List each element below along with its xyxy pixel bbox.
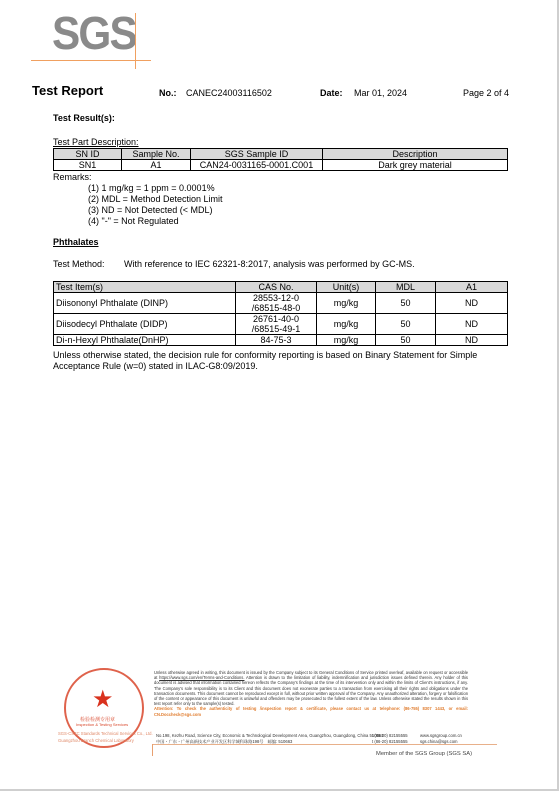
sgs-sample-id-cell: CAN24-0031165-0001.C001 xyxy=(191,160,323,171)
test-item-cell: Di-n-Hexyl Phthalate(DnHP) xyxy=(54,335,236,346)
page-number: Page 2 of 4 xyxy=(463,88,509,98)
test-part-table: SN ID Sample No. SGS Sample ID Descripti… xyxy=(53,148,508,171)
test-method-label: Test Method: xyxy=(53,259,105,270)
sn-id-cell: SN1 xyxy=(54,160,122,171)
report-date: Mar 01, 2024 xyxy=(354,88,407,98)
address-en: No.198, Kezhu Road, Science City, Econom… xyxy=(156,733,384,738)
table-row: Diisononyl Phthalate (DINP) 28553-12-0 /… xyxy=(54,293,508,314)
logo-vertical-rule xyxy=(135,13,136,69)
mdl-cell: 50 xyxy=(376,293,436,314)
result-cell: ND xyxy=(436,335,508,346)
column-header: MDL xyxy=(376,282,436,293)
unit-cell: mg/kg xyxy=(317,335,376,346)
stamp-lab-name: Guangzhou Branch Chemical Laboratory xyxy=(58,738,134,743)
remark-item: (2) MDL = Method Detection Limit xyxy=(88,194,222,205)
test-results-heading: Test Result(s): xyxy=(53,113,115,123)
remarks-heading: Remarks: xyxy=(53,172,92,183)
column-header: Description xyxy=(323,149,508,160)
unit-cell: mg/kg xyxy=(317,314,376,335)
column-header: Sample No. xyxy=(122,149,191,160)
email: sgs.china@sgs.com xyxy=(420,739,458,744)
table-header-row: Test Item(s) CAS No. Unit(s) MDL A1 xyxy=(54,282,508,293)
remark-item: (1) 1 mg/kg = 1 ppm = 0.0001% xyxy=(88,183,215,194)
column-header: CAS No. xyxy=(236,282,317,293)
footer-vertical-rule xyxy=(152,744,153,756)
test-part-description-heading: Test Part Description: xyxy=(53,137,139,148)
mdl-cell: 50 xyxy=(376,314,436,335)
column-header: Test Item(s) xyxy=(54,282,236,293)
mdl-cell: 50 xyxy=(376,335,436,346)
test-item-cell: Diisononyl Phthalate (DINP) xyxy=(54,293,236,314)
legal-disclaimer: Unless otherwise agreed in writing, this… xyxy=(154,670,468,717)
website: www.sgsgroup.com.cn xyxy=(420,733,462,738)
sgs-logo: SGS xyxy=(52,10,136,56)
authenticity-notice: Attention: To check the authenticity of … xyxy=(154,706,468,716)
cas-no-cell: 26761-40-0 /68515-49-1 xyxy=(236,314,317,335)
cas-no-cell: 84-75-3 xyxy=(236,335,317,346)
test-item-cell: Diisodecyl Phthalate (DIDP) xyxy=(54,314,236,335)
table-row: Di-n-Hexyl Phthalate(DnHP) 84-75-3 mg/kg… xyxy=(54,335,508,346)
logo-horizontal-rule xyxy=(31,60,151,61)
table-header-row: SN ID Sample No. SGS Sample ID Descripti… xyxy=(54,149,508,160)
cas-number: /68515-48-0 xyxy=(238,303,314,313)
cas-number: 28553-12-0 xyxy=(238,293,314,303)
result-cell: ND xyxy=(436,293,508,314)
stamp-en-text: Inspection & Testing Services xyxy=(76,722,128,727)
decision-rule-line-1: Unless otherwise stated, the decision ru… xyxy=(53,350,513,361)
column-header: A1 xyxy=(436,282,508,293)
report-no-label: No.: xyxy=(159,88,177,98)
phthalates-table: Test Item(s) CAS No. Unit(s) MDL A1 Diis… xyxy=(53,281,508,346)
star-icon: ★ xyxy=(92,688,114,712)
column-header: Unit(s) xyxy=(317,282,376,293)
phone-1: t (86-20) 82155555 xyxy=(372,733,408,738)
date-label: Date: xyxy=(320,88,343,98)
report-no: CANEC24003116502 xyxy=(186,88,272,98)
cas-number: /68515-49-1 xyxy=(238,324,314,334)
phone-2: t (86-20) 82155555 xyxy=(372,739,408,744)
stamp-company-name: SGS-CSTC Standards Technical Services Co… xyxy=(58,731,153,736)
decision-rule-line-2: Acceptance Rule (w=0) stated in ILAC-G8:… xyxy=(53,361,513,372)
test-method-value: With reference to IEC 62321-8:2017, anal… xyxy=(124,259,415,270)
phthalates-heading: Phthalates xyxy=(53,237,99,247)
column-header: SN ID xyxy=(54,149,122,160)
result-cell: ND xyxy=(436,314,508,335)
table-row: SN1 A1 CAN24-0031165-0001.C001 Dark grey… xyxy=(54,160,508,171)
description-cell: Dark grey material xyxy=(323,160,508,171)
member-statement: Member of the SGS Group (SGS SA) xyxy=(376,751,472,757)
column-header: SGS Sample ID xyxy=(191,149,323,160)
unit-cell: mg/kg xyxy=(317,293,376,314)
remark-item: (3) ND = Not Detected (< MDL) xyxy=(88,205,213,216)
document-title: Test Report xyxy=(32,83,103,98)
disclaimer-text: Attention is drawn to the limitation of … xyxy=(154,675,468,706)
sample-no-cell: A1 xyxy=(122,160,191,171)
cas-no-cell: 28553-12-0 /68515-48-0 xyxy=(236,293,317,314)
address-cn: 中国・广东・广州高新技术产业开发区科学城科珠路198号 邮编: 510663 xyxy=(156,739,292,745)
cas-number: 26761-40-0 xyxy=(238,314,314,324)
table-row: Diisodecyl Phthalate (DIDP) 26761-40-0 /… xyxy=(54,314,508,335)
remark-item: (4) "-" = Not Regulated xyxy=(88,216,179,227)
